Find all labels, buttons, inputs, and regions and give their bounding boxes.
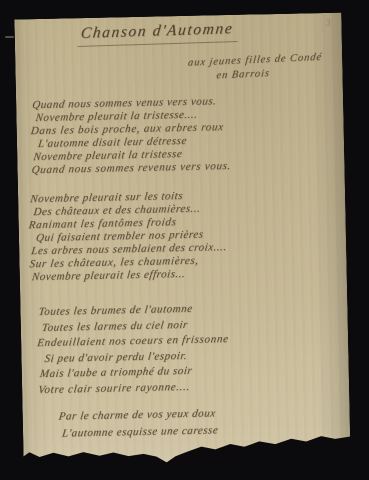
stanza-1: Quand nous sommes venus vers vous. Novem… bbox=[32, 95, 231, 177]
poem-line: Quand nous sommes revenus vers vous. bbox=[31, 160, 232, 177]
dedication-line: en Barrois bbox=[216, 64, 348, 81]
stanza-2: Novembre pleurait sur les toits Des chât… bbox=[30, 189, 228, 284]
poem-line: Novembre pleurait les effrois... bbox=[31, 267, 228, 284]
poem-line: Votre clair sourire rayonne.... bbox=[37, 379, 230, 399]
dedication: aux jeunes filles de Condé en Barrois bbox=[186, 51, 349, 83]
poem-line: L'automne esquisse une caresse bbox=[61, 422, 219, 442]
poem-title: Chanson d'Automne bbox=[77, 20, 240, 47]
scan-artifact bbox=[5, 36, 14, 38]
stanza-3: Toutes les brumes de l'automne Toutes le… bbox=[38, 301, 229, 398]
manuscript-page: 3 Chanson d'Automne aux jeunes filles de… bbox=[14, 13, 350, 466]
manuscript-scan: 3 Chanson d'Automne aux jeunes filles de… bbox=[0, 0, 369, 480]
stanza-4: Par le charme de vos yeux doux L'automne… bbox=[59, 405, 219, 441]
page-number: 3 bbox=[325, 18, 330, 29]
